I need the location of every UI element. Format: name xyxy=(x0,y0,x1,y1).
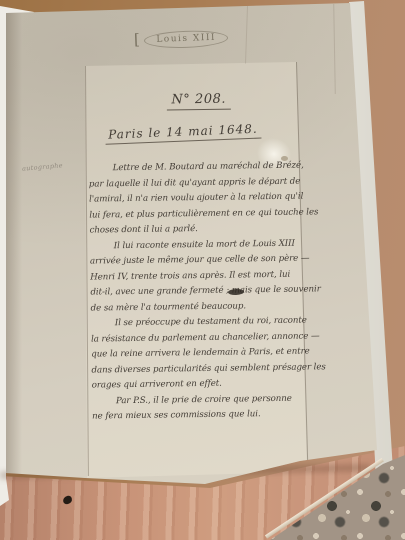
text-line: dans diverses particularités qui semblen… xyxy=(91,360,315,379)
page-left-crease xyxy=(6,0,22,480)
pencil-bracket: [ xyxy=(134,30,142,48)
pencil-oval-label: Louis XIII xyxy=(144,29,228,49)
dateline: Paris le 14 mai 1648. xyxy=(86,122,312,142)
text-line: ne fera mieux ses commissions que lui. xyxy=(92,406,316,425)
letter-summary: Lettre de M. Boutard au maréchal de Bréz… xyxy=(89,158,317,425)
text-line: Par P.S., il le prie de croire que perso… xyxy=(92,391,316,410)
manuscript-text: N° 208. Paris le 14 mai 1648. Lettre de … xyxy=(86,90,317,433)
pencil-margin-note: autographe xyxy=(22,161,63,173)
item-number: N° 208. xyxy=(86,90,312,111)
page-right-crease xyxy=(333,4,336,94)
manuscript-photo: [Louis XIII autographe N° 208. Paris le … xyxy=(0,0,405,540)
wood-knot xyxy=(62,495,73,505)
page-top-crease xyxy=(245,6,248,64)
pencil-catalog-label: [Louis XIII xyxy=(134,27,229,49)
text-line: dit-il, avec une grande fermeté ; mais q… xyxy=(90,282,314,301)
text-line: lui fera, et plus particulièrement en ce… xyxy=(89,205,313,224)
